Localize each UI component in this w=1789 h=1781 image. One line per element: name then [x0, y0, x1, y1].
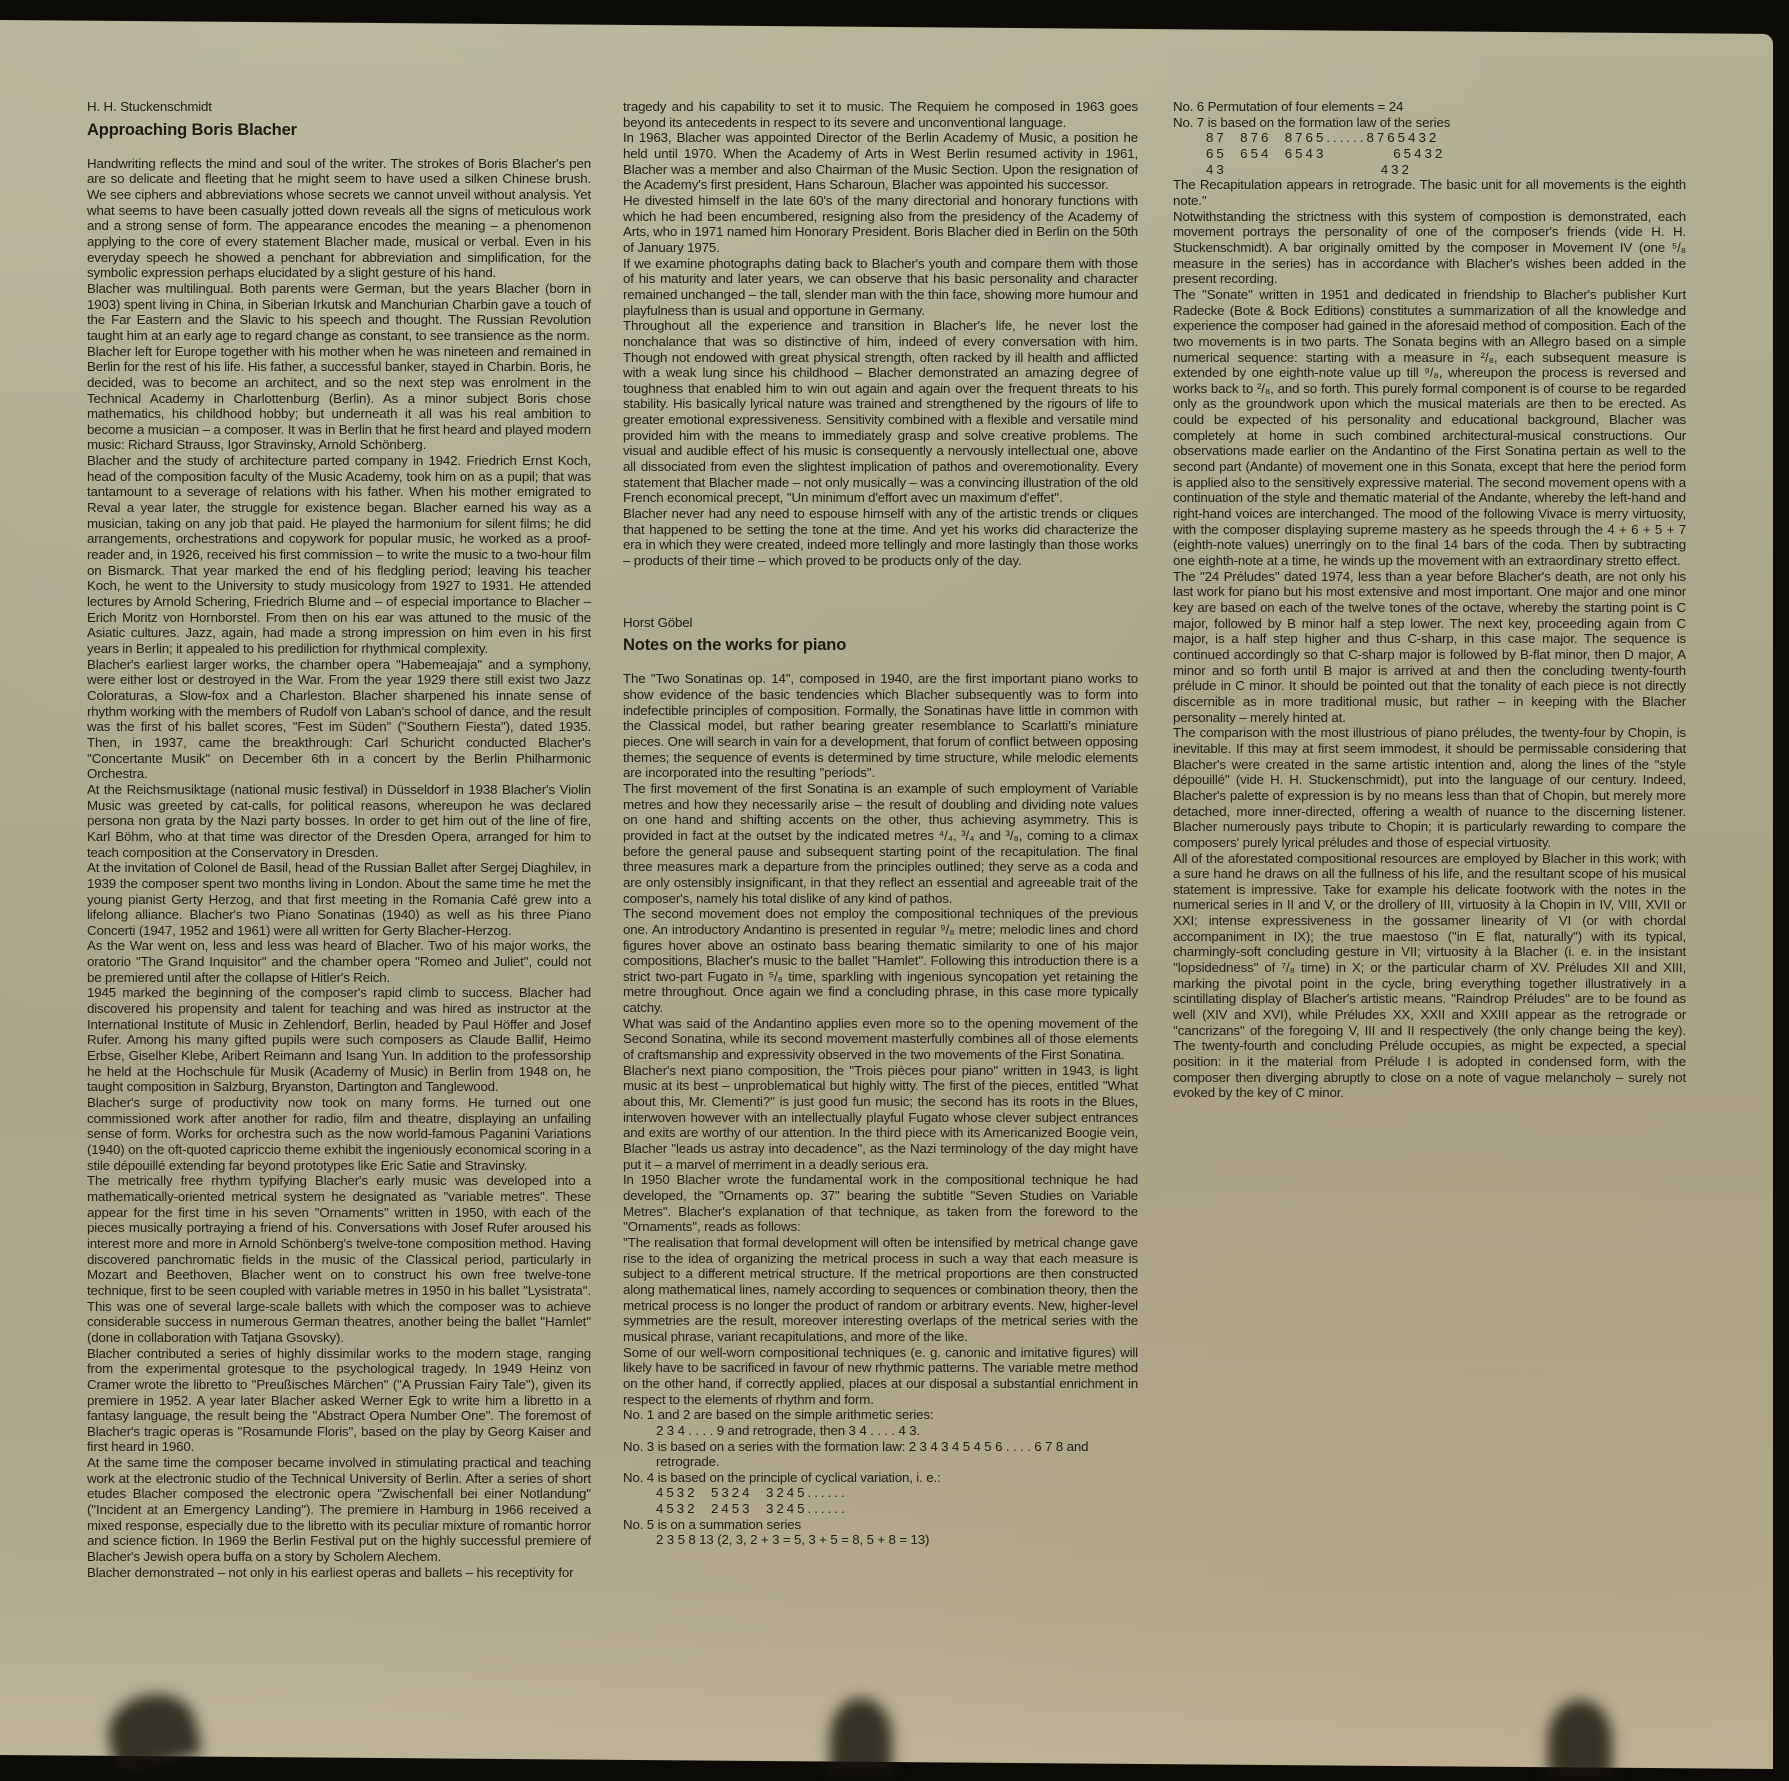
paragraph: As the War went on, less and less was he… [87, 938, 591, 985]
paragraph: ''The realisation that formal developmen… [623, 1235, 1138, 1345]
series-no4-row1: 4532 5324 3245...... [623, 1485, 1138, 1501]
series-no7-row1: 87 876 8765......8765432 [1173, 130, 1686, 146]
column-1: H. H. Stuckenschmidt Approaching Boris B… [87, 99, 591, 1580]
series-no3-cont: retrograde. [623, 1454, 1138, 1470]
paragraph: He divested himself in the late 60's of … [623, 193, 1138, 256]
series-no7-row2: 65 654 6543 65432 [1173, 146, 1686, 162]
paragraph: If we examine photographs dating back to… [623, 256, 1138, 319]
paragraph: Blacher's earliest larger works, the cha… [87, 657, 591, 782]
paragraph: Throughout all the experience and transi… [623, 318, 1138, 506]
finger-shadow-center [830, 1698, 892, 1778]
article-1-byline: H. H. Stuckenschmidt [87, 99, 591, 115]
paragraph: The ''Two Sonatinas op. 14'', composed i… [623, 671, 1138, 781]
finger-shadow-right [1548, 1700, 1612, 1780]
paragraph: At the invitation of Colonel de Basil, h… [87, 860, 591, 938]
column-3: No. 6 Permutation of four elements = 24 … [1173, 99, 1686, 1101]
series-no5-value: 2 3 5 8 13 (2, 3, 2 + 3 = 5, 3 + 5 = 8, … [623, 1532, 1138, 1548]
series-no4-label: No. 4 is based on the principle of cycli… [623, 1470, 1138, 1486]
paragraph: Blacher's next piano composition, the ''… [623, 1063, 1138, 1173]
paragraph: The ''24 Préludes'' dated 1974, less tha… [1173, 569, 1686, 726]
series-no7-row3: 43 432 [1173, 162, 1686, 178]
article-2-title: Notes on the works for piano [623, 634, 1138, 656]
paragraph: What was said of the Andantino applies e… [623, 1016, 1138, 1063]
paragraph: Notwithstanding the strictness with this… [1173, 209, 1686, 287]
series-no7-label: No. 7 is based on the formation law of t… [1173, 115, 1686, 131]
series-no6: No. 6 Permutation of four elements = 24 [1173, 99, 1686, 115]
paragraph: The comparison with the most illustrious… [1173, 725, 1686, 850]
paragraph: Blacher demonstrated – not only in his e… [87, 1565, 591, 1581]
paragraph: The metrically free rhythm typifying Bla… [87, 1173, 591, 1345]
paragraph: The first movement of the first Sonatina… [623, 781, 1138, 906]
article-1-title: Approaching Boris Blacher [87, 119, 591, 141]
series-no3-label: No. 3 is based on a series with the form… [623, 1439, 1138, 1455]
paragraph: Blacher was multilingual. Both parents w… [87, 281, 591, 344]
paragraph: Blacher contributed a series of highly d… [87, 1346, 591, 1456]
paragraph: At the Reichsmusiktage (national music f… [87, 782, 591, 860]
paragraph: All of the aforestated compositional res… [1173, 851, 1686, 1102]
paragraph: Some of our well-worn compositional tech… [623, 1345, 1138, 1408]
paragraph: In 1963, Blacher was appointed Director … [623, 130, 1138, 193]
paragraph: tragedy and his capability to set it to … [623, 99, 1138, 130]
series-no5-label: No. 5 is on a summation series [623, 1517, 1138, 1533]
paragraph: The second movement does not employ the … [623, 906, 1138, 1016]
article-2-byline: Horst Göbel [623, 615, 1138, 631]
series-no4-row2: 4532 2453 3245...... [623, 1501, 1138, 1517]
paragraph: Blacher never had any need to espouse hi… [623, 506, 1138, 569]
paragraph: Blacher and the study of architecture pa… [87, 453, 591, 657]
paragraph: The Recapitulation appears in retrograde… [1173, 177, 1686, 208]
paragraph: Handwriting reflects the mind and soul o… [87, 156, 591, 281]
series-no1-label: No. 1 and 2 are based on the simple arit… [623, 1407, 1138, 1423]
article-gap [623, 569, 1138, 615]
paragraph: Blacher left for Europe together with hi… [87, 344, 591, 454]
series-no1-value: 2 3 4 . . . . 9 and retrograde, then 3 4… [623, 1423, 1138, 1439]
paragraph: At the same time the composer became inv… [87, 1455, 591, 1565]
paragraph: In 1950 Blacher wrote the fundamental wo… [623, 1172, 1138, 1235]
paragraph: The ''Sonate'' written in 1951 and dedic… [1173, 287, 1686, 569]
column-2: tragedy and his capability to set it to … [623, 99, 1138, 1548]
paragraph: Blacher's surge of productivity now took… [87, 1095, 591, 1173]
paragraph: 1945 marked the beginning of the compose… [87, 985, 591, 1095]
